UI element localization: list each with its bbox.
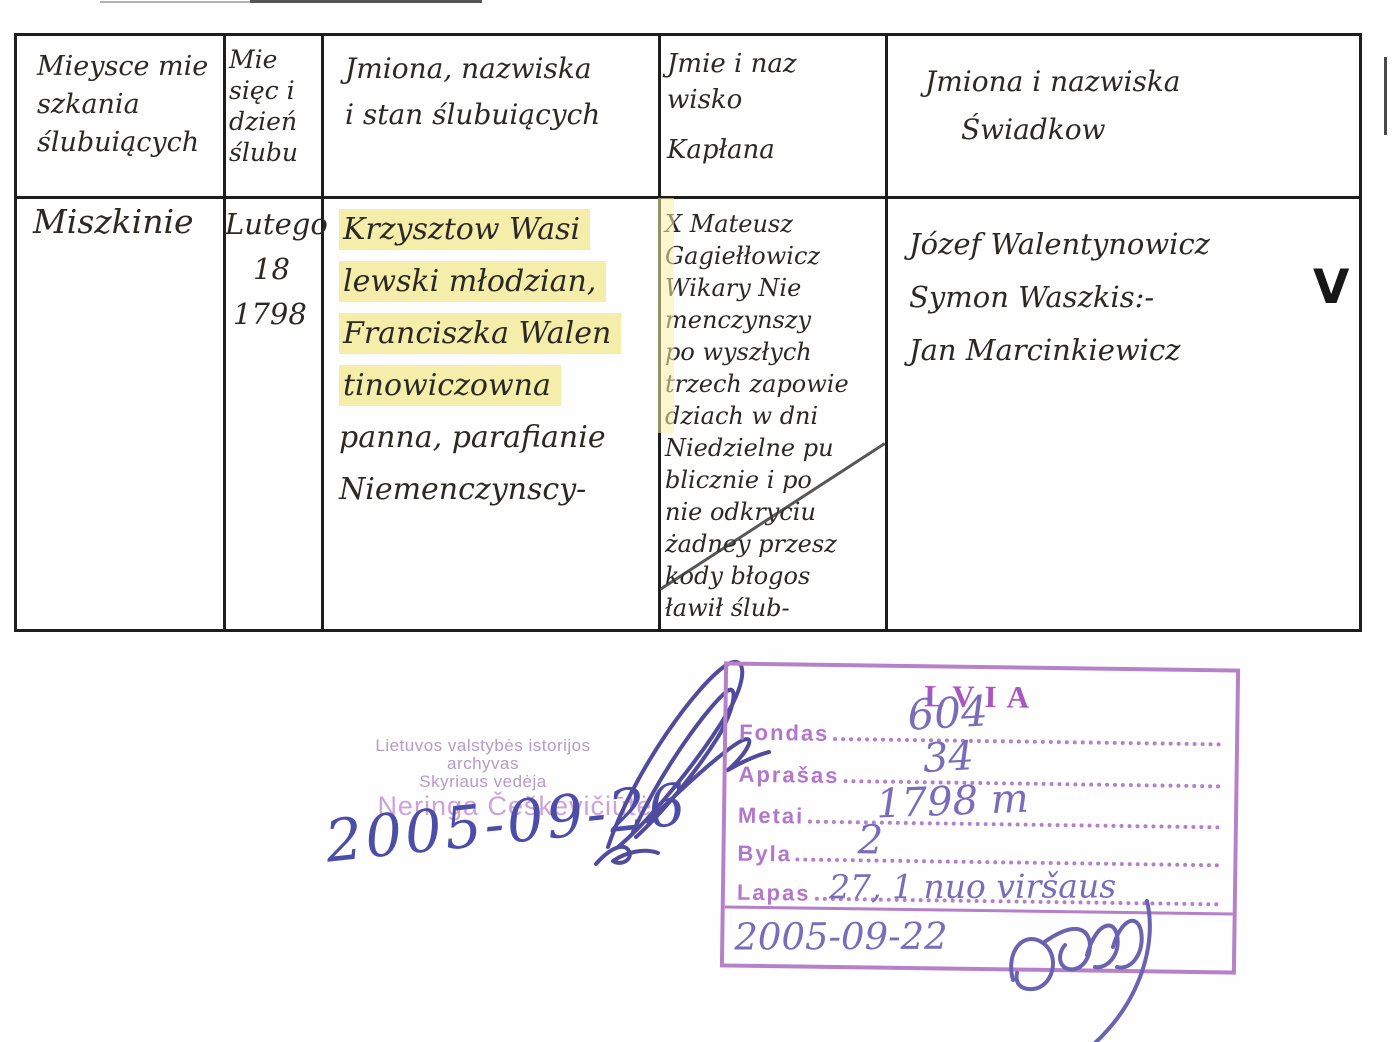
- header-names-of-spouses: Jmiona, nazwiskai stan ślubuiących: [345, 46, 600, 138]
- cell-witnesses: Józef WalentynowiczSymon Waszkis:-Jan Ma…: [909, 218, 1210, 377]
- cell-spouses-line: panna, parafianie: [339, 420, 606, 455]
- stamp-value-metai: 1798 m: [875, 776, 1029, 828]
- header-witnesses: Jmiona i nazwiskaŚwiadkow: [925, 58, 1181, 154]
- column-divider: [885, 36, 888, 629]
- stamp-value-byla: 2: [857, 817, 883, 863]
- field-label: Aprašas: [738, 762, 839, 789]
- cell-place: Miszkinie: [33, 202, 194, 241]
- cell-spouses: Krzysztow Wasi lewski młodzian, Francisz…: [339, 204, 621, 516]
- stamp-value-fondas: 604: [906, 686, 989, 739]
- header-place-of-residence: Mieysce mieszkaniaślubuiących: [37, 48, 208, 162]
- marriage-record-table: Mieysce mieszkaniaślubuiących Miesięc id…: [14, 33, 1362, 632]
- highlighted-text: Franciszka Walen: [339, 313, 621, 354]
- highlighted-text: Krzysztow Wasi: [339, 209, 590, 250]
- dotted-leader: [833, 737, 1221, 746]
- cell-spouses-line: Niemenczynscy-: [339, 472, 586, 507]
- header-priest-name: Jmie i nazwiskoKapłana: [667, 46, 797, 168]
- stamp-signature: [995, 895, 1185, 1042]
- highlighted-text: tinowiczowna: [339, 365, 561, 406]
- scan-artifact-top: [250, 0, 482, 3]
- field-label: Metai: [738, 803, 805, 830]
- stamp-date: 2005-09-22: [734, 915, 947, 959]
- cell-priest: X MateuszGagiełłowiczWikary Niemenczynsz…: [665, 208, 849, 624]
- field-label: Byla: [737, 841, 792, 868]
- field-label: Lapas: [737, 880, 811, 907]
- header-month-day: Miesięc idzieńślubu: [229, 44, 298, 168]
- header-divider: [17, 196, 1359, 199]
- scan-artifact-top-faint: [100, 1, 250, 3]
- field-label: Fondas: [739, 720, 830, 747]
- cell-date: Lutego181798: [225, 202, 328, 337]
- highlighter-bleed-mark: [658, 198, 674, 433]
- check-mark: V: [1313, 260, 1349, 315]
- stamp-value-aprasas: 34: [922, 733, 975, 782]
- highlighted-text: lewski młodzian,: [339, 261, 606, 302]
- scan-artifact-right-edge: [1384, 57, 1387, 135]
